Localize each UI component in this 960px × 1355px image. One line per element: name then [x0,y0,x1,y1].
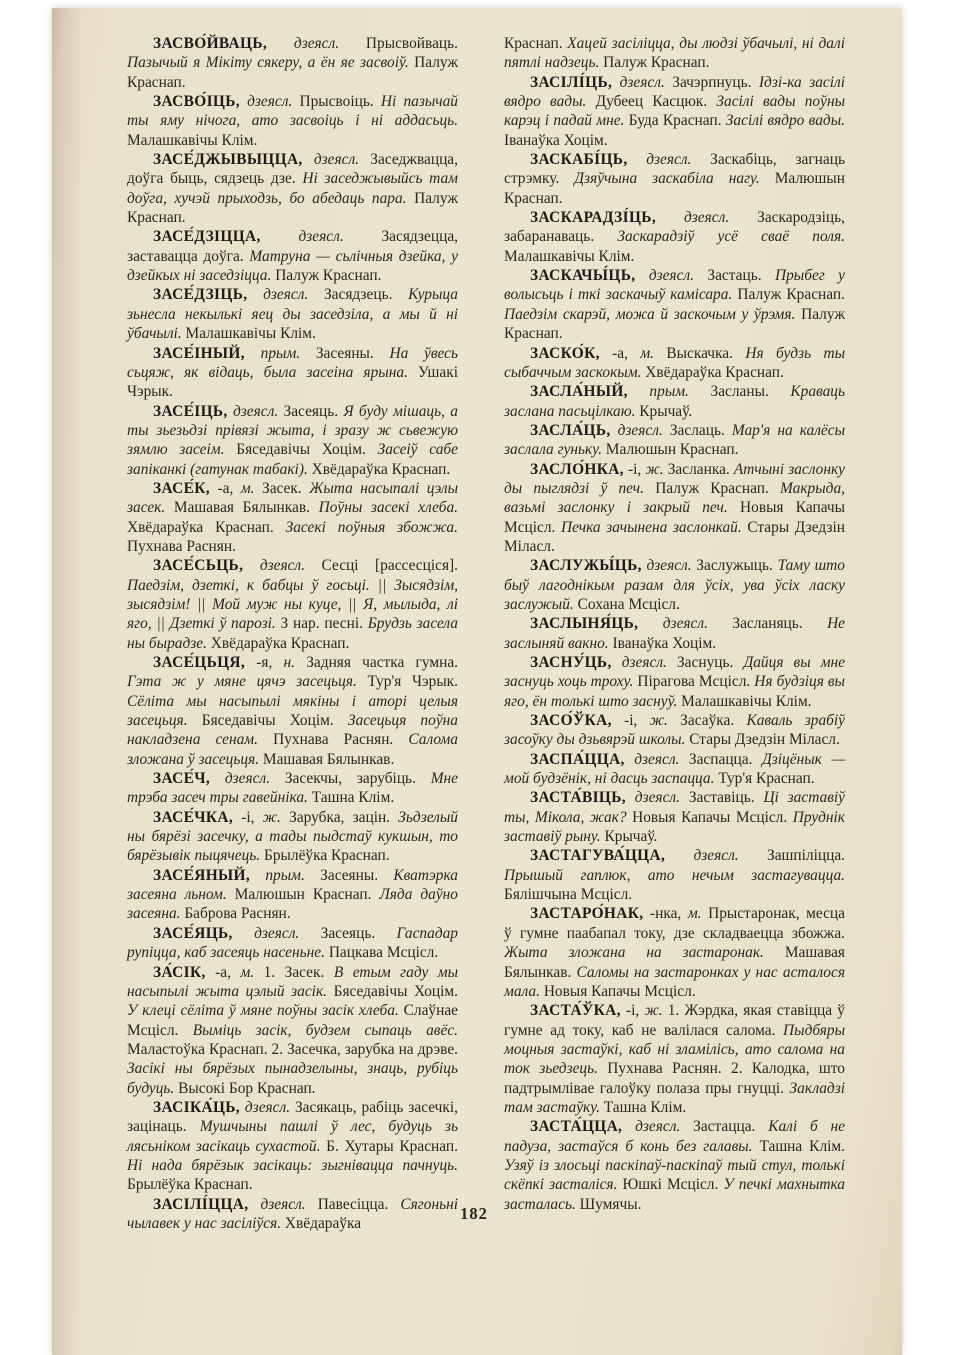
dictionary-entry: ЗАСЕ́СЬЦЬ, дзеясл. Сесці [рассесціся]. П… [127,556,458,653]
plain-text: -і, [233,809,263,826]
dictionary-entry: ЗАСВО́ЙВАЦЬ, дзеясл. Прысвойваць. Пазычы… [127,34,458,92]
dictionary-entry: ЗАСТАГУВА́ЦЦА, дзеясл. Зашпіліцца. Прышы… [504,846,845,904]
plain-text: Бяседавічы Хоцім. [224,441,377,458]
plain-text: Палуж Краснап. [644,480,780,497]
example-italic-text: дзеясл. [248,1196,305,1213]
dictionary-entry: ЗАСЕ́ЯНЫЙ, прым. Засеяны. Кватэрка засея… [127,866,458,924]
plain-text: Заспацца. [679,751,762,768]
plain-text: Павесіцца. [306,1196,401,1213]
dictionary-entry: ЗАСВО́ІЦЬ, дзеясл. Прысвоіць. Ні пазычай… [127,92,458,150]
plain-text: Малашкавічы Клім. [182,325,316,342]
dictionary-entry: ЗАСЕ́Ч, дзеясл. Засекчы, зарубіць. Мне т… [127,769,458,808]
plain-text: -нка, [643,905,687,922]
headword: ЗАСКАРАДЗІ́ЦЬ, [530,209,656,226]
dictionary-entry: ЗАСТА́ЦЦА, дзеясл. Застацца. Калі б не п… [504,1117,845,1214]
headword: ЗАСТА́ЎКА, [530,1002,621,1019]
headword: ЗАСЕ́ЯНЫЙ, [153,867,250,884]
plain-text: Брылёўка Краснап. [260,847,389,864]
dictionary-entry: ЗАСО́ЎКА, -і, ж. Засаўка. Каваль зрабіў … [504,711,845,750]
example-italic-text: Засекі поўныя збожжа. [286,519,458,536]
dictionary-entry: ЗАСПА́ЦЦА, дзеясл. Заспацца. Дзіцёнык — … [504,750,845,789]
headword: ЗАСІКА́ЦЬ, [153,1099,240,1116]
plain-text: Палуж Краснап. [599,54,709,71]
headword: ЗАСЕ́ДЗІЦЦА, [153,228,261,245]
headword: ЗАСТАРО́НАК, [530,905,643,922]
dictionary-entry: ЗАСТА́ЎКА, -і, ж. 1. Жэрдка, якая ставіц… [504,1001,845,1117]
headword: ЗАСЛО́НКА, [530,461,624,478]
plain-text: Зарубка, зацін. [281,809,398,826]
plain-text: Заставіць. [680,789,763,806]
headword: ЗАСЛЫНЯ́ЦЬ, [530,615,638,632]
dictionary-entry: ЗАСЕ́ЧКА, -і, ж. Зарубка, зацін. Зьдзелы… [127,808,458,866]
example-italic-text: прым. [245,345,300,362]
entry-continuation: Краснап. Хацей засіліцца, ды людзі ўбачы… [504,34,845,73]
dictionary-entry: ЗАСІКА́ЦЬ, дзеясл. Засякаць, рабіць засе… [127,1098,458,1195]
headword: ЗАСКАБІ́ЦЬ, [530,151,628,168]
plain-text: Тур'я Чэрык. [357,673,458,690]
headword: ЗАСЕ́ДЖЫВЫЦЦА, [153,151,303,168]
plain-text: Хвёдараўка Краснап. [207,635,349,652]
example-italic-text: дзеясл. [243,557,305,574]
dictionary-entry: ЗАСЛУЖЫ́ЦЬ, дзеясл. Заслужыць. Таму што … [504,556,845,614]
plain-text: Малюшын Краснап. [602,441,739,458]
plain-text: Засеяць. [299,925,396,942]
example-italic-text: прым. [250,867,305,884]
dictionary-entry: ЗАСКАРАДЗІ́ЦЬ, дзеясл. Заскародзіць, заб… [504,208,845,266]
example-italic-text: дзеясл. [267,35,339,52]
left-column: ЗАСВО́ЙВАЦЬ, дзеясл. Прысвойваць. Пазычы… [127,34,458,1233]
example-italic-text: дзеясл. [656,209,729,226]
plain-text: 1. Засек. [254,964,334,981]
plain-text: Ташна Клім. [753,1138,845,1155]
plain-text: -і, [612,712,650,729]
dictionary-entry: ЗАСЛА́ЦЬ, дзеясл. Заслаць. Мар'я на калё… [504,421,845,460]
plain-text: Сохана Мсцісл. [574,596,680,613]
example-italic-text: дзеясл. [626,789,680,806]
plain-text: Засаўка. [668,712,747,729]
plain-text: Засланяць. [708,615,827,632]
example-italic-text: прым. [628,383,689,400]
headword: ЗАСЕ́СЬЦЬ, [153,557,243,574]
plain-text: Пухнава Раснян. [127,538,236,555]
example-italic-text: ж. [644,1002,662,1019]
plain-text: Бяседавічы Хоцім. [188,712,348,729]
plain-text: Буда Краснап. [624,112,725,129]
dictionary-entry: ЗАСЕ́ДЗІЦЬ, дзеясл. Засядзець. Курыца зь… [127,285,458,343]
page-number: 182 [434,1204,514,1224]
example-italic-text: дзеясл. [625,751,680,768]
dictionary-entry: ЗА́СІК, -а, м. 1. Засек. В етым гаду мы … [127,963,458,1098]
example-italic-text: дзеясл. [638,615,708,632]
plain-text: Бялішчына Мсцісл. [504,886,632,903]
example-italic-text: дзеясл. [611,422,663,439]
plain-text: Засланка. [664,461,734,478]
plain-text: Ташна Клім. [308,789,394,806]
headword: ЗАСО́ЎКА, [530,712,612,729]
example-italic-text: Засілі вядро вады. [726,112,845,129]
dictionary-entry: ЗАСЕ́ЯЦЬ, дзеясл. Засеяць. Гаспадар рупі… [127,924,458,963]
plain-text: Крычаў. [635,403,692,420]
headword: ЗАСВО́ЙВАЦЬ, [153,35,267,52]
example-italic-text: Гэта ж у мяне цячэ засецьця. [127,673,357,690]
dictionary-entry: ЗАСЕ́ДЗІЦЦА, дзеясл. Засядзецца, застава… [127,227,458,285]
example-italic-text: дзеясл. [240,1099,290,1116]
dictionary-entry: ЗАСЛА́НЫЙ, прым. Засланы. Краваць заслан… [504,382,845,421]
plain-text: Прысвойваць. [339,35,458,52]
plain-text: Пацкава Мсцісл. [325,944,438,961]
headword: ЗАСЕ́Ч, [153,770,210,787]
plain-text: Дубеец Касцюк. [586,93,716,110]
plain-text: Застацца. [680,1118,768,1135]
plain-text: Машавая Бялынкав. [165,499,318,516]
example-italic-text: м. [240,964,254,981]
plain-text: Брылёўка Краснап. [127,1176,253,1193]
plain-text: Палуж Краснап. [732,286,845,303]
plain-text: Пухнава Раснян. [258,731,408,748]
dictionary-entry: ЗАСКАЧЫ́ЦЬ, дзеясл. Застаць. Прыбег у во… [504,266,845,343]
headword: ЗАСКО́К, [530,345,600,362]
plain-text: -а, [206,964,241,981]
example-italic-text: Выміць засік, будзем сыпаць авёс. [193,1022,458,1039]
plain-text: Зачэрпнуць. [665,74,759,91]
headword: ЗАСТАГУВА́ЦЦА, [530,847,665,864]
plain-text: Выскачка. [654,345,745,362]
example-italic-text: дзеясл. [210,770,270,787]
plain-text: Ташна Клім. [600,1099,686,1116]
example-italic-text: Печка зачынена заслонкай. [561,519,742,536]
dictionary-entry: ЗАСЕ́ЦЬЦЯ, -я, н. Задняя частка гумна. Г… [127,653,458,769]
example-italic-text: м. [241,480,255,497]
dictionary-entry: ЗАСЕ́ІЦЬ, дзеясл. Засеяць. Я буду мішаць… [127,402,458,479]
headword: ЗАСЕ́ЯЦЬ, [153,925,233,942]
plain-text: Засекчы, зарубіць. [270,770,431,787]
scan-background: ЗАСВО́ЙВАЦЬ, дзеясл. Прысвойваць. Пазычы… [0,0,960,1355]
example-italic-text: дзеясл. [612,74,665,91]
dictionary-entry: ЗАСЛО́НКА, -і, ж. Засланка. Атчыні засло… [504,460,845,557]
headword: ЗАСЕ́К, [153,480,210,497]
headword: ЗАСЕ́ІНЫЙ, [153,345,245,362]
example-italic-text: дзеясл. [233,925,300,942]
plain-text: -а, [210,480,241,497]
right-column: Краснап. Хацей засіліцца, ды людзі ўбачы… [504,34,845,1214]
plain-text: Засланы. [689,383,790,400]
plain-text: Засядзець. [308,286,408,303]
plain-text: Засеяць. [278,403,343,420]
plain-text: Малашкавічы Клім. [677,693,811,710]
example-italic-text: У клеці сёліта ў мяне поўны засік хлеба. [127,1002,399,1019]
dictionary-entry: ЗАСКО́К, -а, м. Выскачка. Ня будзь ты сы… [504,344,845,383]
plain-text: Хвёдараўка Краснап. [308,461,450,478]
plain-text: Засек. [254,480,309,497]
dictionary-entry: ЗАСТА́ВІЦЬ, дзеясл. Заставіць. Ці застав… [504,788,845,846]
example-italic-text: дзеясл. [635,267,694,284]
plain-text: Хвёдараўка [281,1215,361,1232]
plain-text: Зашпіліцца. [739,847,845,864]
plain-text: Малашкавічы Клім. [127,132,257,149]
headword: ЗАСВО́ІЦЬ, [153,93,240,110]
plain-text: -і, [624,461,646,478]
dictionary-entry: ЗАСНУ́ЦЬ, дзеясл. Заснуць. Дайця вы мне … [504,653,845,711]
plain-text: Хвёдараўка Краснап. [641,364,783,381]
example-italic-text: м. [640,345,654,362]
dictionary-page: ЗАСВО́ЙВАЦЬ, дзеясл. Прысвойваць. Пазычы… [52,8,902,1355]
example-italic-text: дзеясл. [612,654,667,671]
headword: ЗА́СІК, [153,964,206,981]
plain-text: Тур'я Краснап. [714,770,814,787]
dictionary-entry: ЗАСІЛІ́ЦЦА, дзеясл. Павесіцца. Сягоньні … [127,1195,458,1234]
example-italic-text: дзеясл. [303,151,359,168]
plain-text: -я, [245,654,283,671]
plain-text: Маластоўка Краснап. 2. Засечка, зарубка … [127,1041,458,1058]
headword: ЗАСТА́ЦЦА, [530,1118,622,1135]
plain-text: З нар. песні. [276,615,368,632]
plain-text: -а, [600,345,641,362]
plain-text: Машавая Бялынкав. [259,751,394,768]
dictionary-entry: ЗАСЕ́ДЖЫВЫЦЦА, дзеясл. Заседжвацца, доўг… [127,150,458,227]
plain-text: Малашкавічы Клім. [504,248,634,265]
dictionary-entry: ЗАСКАБІ́ЦЬ, дзеясл. Заскабіць, загнаць с… [504,150,845,208]
example-italic-text: дзеясл. [665,847,739,864]
example-italic-text: ж. [263,809,281,826]
plain-text: Крычаў. [601,828,658,845]
plain-text: Заслаць. [663,422,732,439]
headword: ЗАСКАЧЫ́ЦЬ, [530,267,635,284]
example-italic-text: дзеясл. [261,228,344,245]
plain-text: Задняя частка гумна. [295,654,458,671]
plain-text: Пірагова Мсцісл. [633,673,754,690]
dictionary-entry: ЗАСТАРО́НАК, -нка, м. Прыстаронак, месца… [504,904,845,1001]
example-italic-text: дзеясл. [642,557,692,574]
example-italic-text: дзеясл. [622,1118,680,1135]
example-italic-text: Дзяўчына заскабіла нагу. [574,170,760,187]
plain-text: Іванаўка Хоцім. [609,635,717,652]
example-italic-text: м. [688,905,702,922]
plain-text: Стары Дзедзін Міласл. [685,731,839,748]
plain-text: Засеяны. [300,345,389,362]
plain-text: Прысвоіць. [292,93,381,110]
plain-text: Заслужыць. [692,557,778,574]
headword: ЗАСТА́ВІЦЬ, [530,789,626,806]
plain-text: Палуж Краснап. [271,267,381,284]
plain-text: Баброва Раснян. [181,905,291,922]
plain-text: -і, [621,1002,645,1019]
example-italic-text: Жыта зложана на застаронак. [504,944,764,961]
headword: ЗАСЕ́ЧКА, [153,809,233,826]
plain-text: Застаць. [694,267,775,284]
plain-text: Краснап. [504,35,567,52]
plain-text: Шумячы. [576,1196,642,1213]
plain-text: Бяседавічы Хоцім. [327,983,458,1000]
headword: ЗАСЛА́НЫЙ, [530,383,628,400]
plain-text: Новыя Капачы Мсцісл. [540,983,696,1000]
example-italic-text: Прышый гаплюк, ато нечым застагувацца. [504,867,845,884]
headword: ЗАСЛУЖЫ́ЦЬ, [530,557,642,574]
plain-text: Заснуць. [667,654,744,671]
example-italic-text: Пазычый я Мікіту сякеру, а ён яе засвоіў… [127,54,409,71]
example-italic-text: Ні нада бярёзык засікаць: зыгнівацца пач… [127,1157,458,1174]
example-italic-text: н. [284,654,295,671]
plain-text: Новыя Капачы Мсцісл. [627,809,793,826]
dictionary-entry: ЗАСЛЫНЯ́ЦЬ, дзеясл. Засланяць. Не заслын… [504,614,845,653]
plain-text: Б. Хутары Краснап. [320,1138,458,1155]
headword: ЗАСПА́ЦЦА, [530,751,625,768]
headword: ЗАСНУ́ЦЬ, [530,654,612,671]
plain-text: Хвёдараўка Краснап. [127,519,286,536]
example-italic-text: ж. [650,712,668,729]
headword: ЗАСІЛІ́ЦЬ, [530,74,612,91]
example-italic-text: дзеясл. [240,93,292,110]
headword: ЗАСЕ́ЦЬЦЯ, [153,654,245,671]
example-italic-text: дзеясл. [628,151,692,168]
dictionary-entry: ЗАСІЛІ́ЦЬ, дзеясл. Зачэрпнуць. Ідзі-ка з… [504,73,845,150]
plain-text: Засеяны. [305,867,394,884]
example-italic-text: дзеясл. [247,286,308,303]
dictionary-entry: ЗАСЕ́К, -а, м. Засек. Жыта насыпалі цэлы… [127,479,458,556]
dictionary-entry: ЗАСЕ́ІНЫЙ, прым. Засеяны. На ўвесь сьцяж… [127,344,458,402]
headword: ЗАСЛА́ЦЬ, [530,422,611,439]
example-italic-text: Заскарадзіў усё сваё поля. [617,228,845,245]
example-italic-text: Поўны засекі хлеба. [319,499,458,516]
example-italic-text: ж. [645,461,663,478]
headword: ЗАСЕ́ІЦЬ, [153,403,228,420]
headword: ЗАСІЛІ́ЦЦА, [153,1196,248,1213]
plain-text: Сесці [рассесціся]. [305,557,458,574]
plain-text: Юшкі Мсцісл. [617,1176,723,1193]
example-italic-text: дзеясл. [228,403,279,420]
headword: ЗАСЕ́ДЗІЦЬ, [153,286,247,303]
plain-text: Іванаўка Хоцім. [504,132,608,149]
plain-text: Малюшын Краснап. [227,886,380,903]
example-italic-text: Паедзім скарэй, можа й заскочым у ўрэмя. [504,306,795,323]
plain-text: Высокі Бор Краснап. [174,1080,315,1097]
